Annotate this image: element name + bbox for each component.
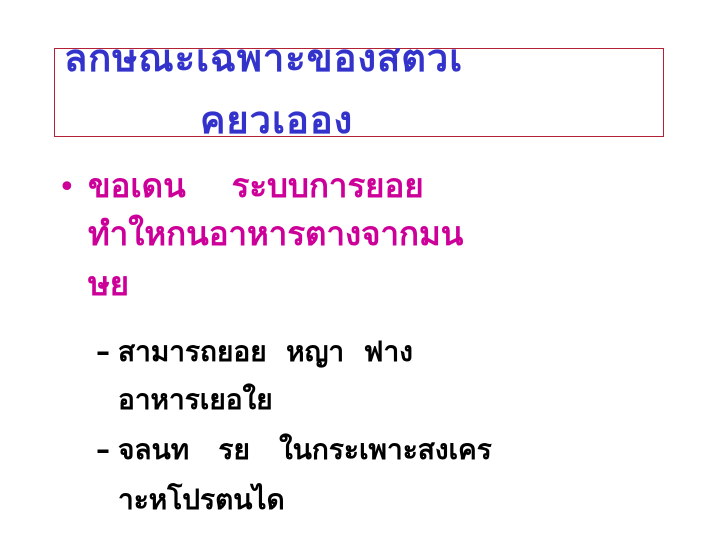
bullet-icon: •	[58, 168, 76, 208]
dash-icon: –	[96, 332, 110, 372]
slide-title-line-2: คยวเออง	[200, 98, 353, 142]
sub-bullet-2-line-2: าะหโปรตนได	[118, 480, 285, 520]
bullet-text-line-3: ษย	[88, 262, 129, 306]
bullet-text-line-2: ทำใหกนอาหารตางจากมน	[88, 212, 463, 256]
sub-bullet-2-line-1: จลนท รย ในกระเพาะสงเคร	[118, 430, 492, 470]
sub-bullet-1-line-1: สามารถยอย หญา ฟาง	[118, 332, 413, 372]
dash-icon: –	[96, 430, 110, 470]
bullet-text-line-1: ขอเดน ระบบการยอย	[88, 164, 424, 208]
slide-title-line-1: ลกษณะเฉพาะของสตวเ	[64, 36, 463, 80]
sub-bullet-1-line-2: อาหารเยอใย	[118, 380, 273, 420]
